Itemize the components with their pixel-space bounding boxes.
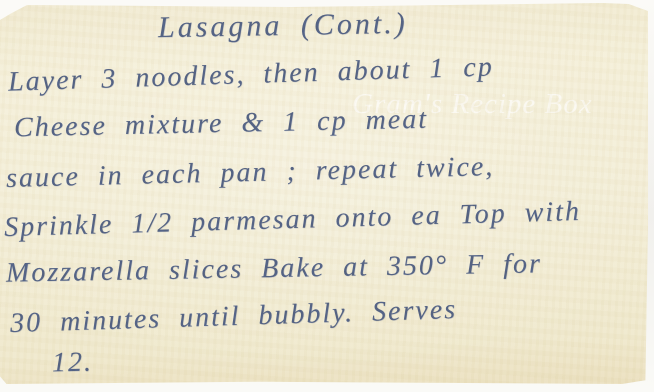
recipe-line: Mozzarella slices Bake at 350° F for (6, 248, 542, 289)
recipe-line: 12. (52, 347, 94, 380)
recipe-title: Lasagna (Cont.) (158, 7, 408, 45)
recipe-line: sauce in each pan ; repeat twice, (6, 151, 495, 195)
recipe-line: 30 minutes until bubbly. Serves (10, 294, 458, 340)
recipe-line: Layer 3 noodles, then about 1 cp (8, 51, 495, 98)
recipe-card: Lasagna (Cont.) Layer 3 noodles, then ab… (0, 3, 648, 384)
recipe-line: Cheese mixture & 1 cp meat (14, 104, 429, 145)
recipe-card-scan: Lasagna (Cont.) Layer 3 noodles, then ab… (0, 0, 654, 392)
recipe-line: Sprinkle 1/2 parmesan onto ea Top with (4, 196, 582, 244)
